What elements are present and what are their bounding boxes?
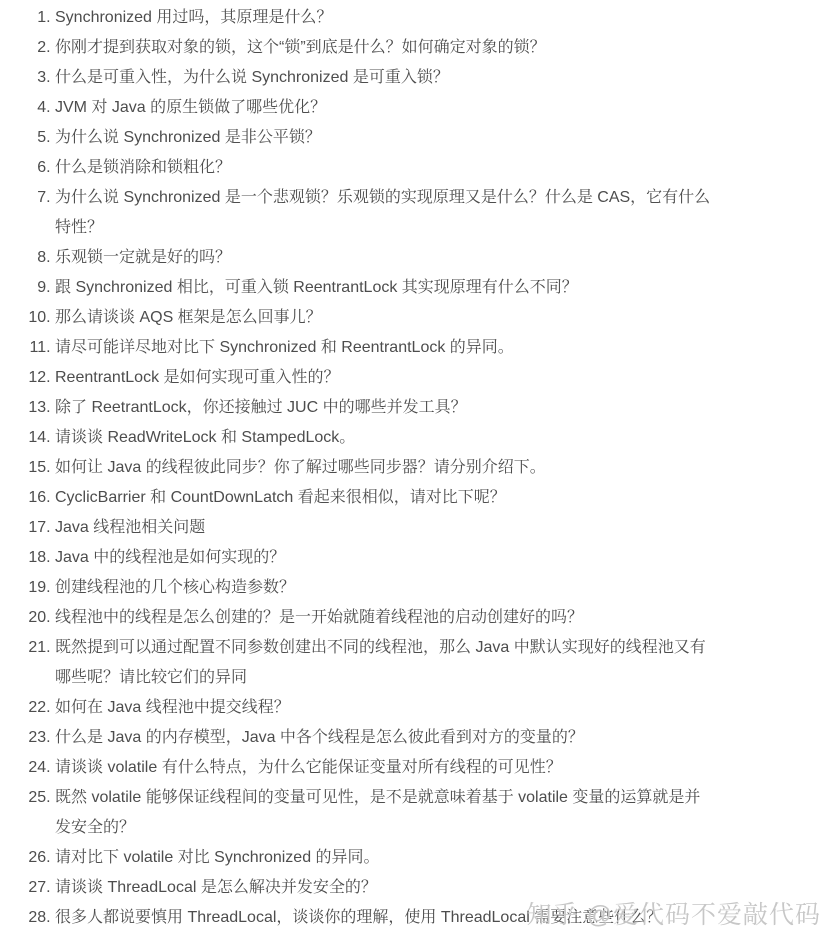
question-item: 那么请谈谈 AQS 框架是怎么回事儿？	[55, 303, 715, 333]
question-item: Java 线程池相关问题	[55, 513, 715, 543]
question-item: 你刚才提到获取对象的锁，这个“锁”到底是什么？如何确定对象的锁？	[55, 33, 715, 63]
question-item: 如何在 Java 线程池中提交线程？	[55, 693, 715, 723]
question-item: 什么是可重入性，为什么说 Synchronized 是可重入锁？	[55, 63, 715, 93]
question-item: CyclicBarrier 和 CountDownLatch 看起来很相似，请对…	[55, 483, 715, 513]
question-item: 请谈谈 volatile 有什么特点，为什么它能保证变量对所有线程的可见性？	[55, 753, 715, 783]
question-item: ReentrantLock 是如何实现可重入性的？	[55, 363, 715, 393]
question-item: Java 中的线程池是如何实现的？	[55, 543, 715, 573]
question-item: 请对比下 volatile 对比 Synchronized 的异同。	[55, 843, 715, 873]
question-item: 为什么说 Synchronized 是一个悲观锁？乐观锁的实现原理又是什么？什么…	[55, 183, 715, 243]
question-item: 既然 volatile 能够保证线程间的变量可见性，是不是就意味着基于 vola…	[55, 783, 715, 843]
question-item: 请尽可能详尽地对比下 Synchronized 和 ReentrantLock …	[55, 333, 715, 363]
question-item: 为什么说 Synchronized 是非公平锁？	[55, 123, 715, 153]
question-item: 跟 Synchronized 相比，可重入锁 ReentrantLock 其实现…	[55, 273, 715, 303]
question-item: 什么是锁消除和锁粗化？	[55, 153, 715, 183]
question-item: 请谈谈 ThreadLocal 是怎么解决并发安全的？	[55, 873, 715, 903]
question-list: Synchronized 用过吗，其原理是什么？ 你刚才提到获取对象的锁，这个“…	[0, 0, 715, 933]
question-item: 除了 ReetrantLock，你还接触过 JUC 中的哪些并发工具？	[55, 393, 715, 423]
question-item: Synchronized 用过吗，其原理是什么？	[55, 3, 715, 33]
question-item: 创建线程池的几个核心构造参数？	[55, 573, 715, 603]
question-item: 既然提到可以通过配置不同参数创建出不同的线程池，那么 Java 中默认实现好的线…	[55, 633, 715, 693]
question-item: 如何让 Java 的线程彼此同步？你了解过哪些同步器？请分别介绍下。	[55, 453, 715, 483]
question-item: 很多人都说要慎用 ThreadLocal，谈谈你的理解，使用 ThreadLoc…	[55, 903, 715, 933]
question-item: 请谈谈 ReadWriteLock 和 StampedLock。	[55, 423, 715, 453]
question-item: 线程池中的线程是怎么创建的？是一开始就随着线程池的启动创建好的吗？	[55, 603, 715, 633]
article-page: Synchronized 用过吗，其原理是什么？ 你刚才提到获取对象的锁，这个“…	[0, 0, 829, 942]
question-item: JVM 对 Java 的原生锁做了哪些优化？	[55, 93, 715, 123]
question-item: 什么是 Java 的内存模型，Java 中各个线程是怎么彼此看到对方的变量的？	[55, 723, 715, 753]
question-item: 乐观锁一定就是好的吗？	[55, 243, 715, 273]
